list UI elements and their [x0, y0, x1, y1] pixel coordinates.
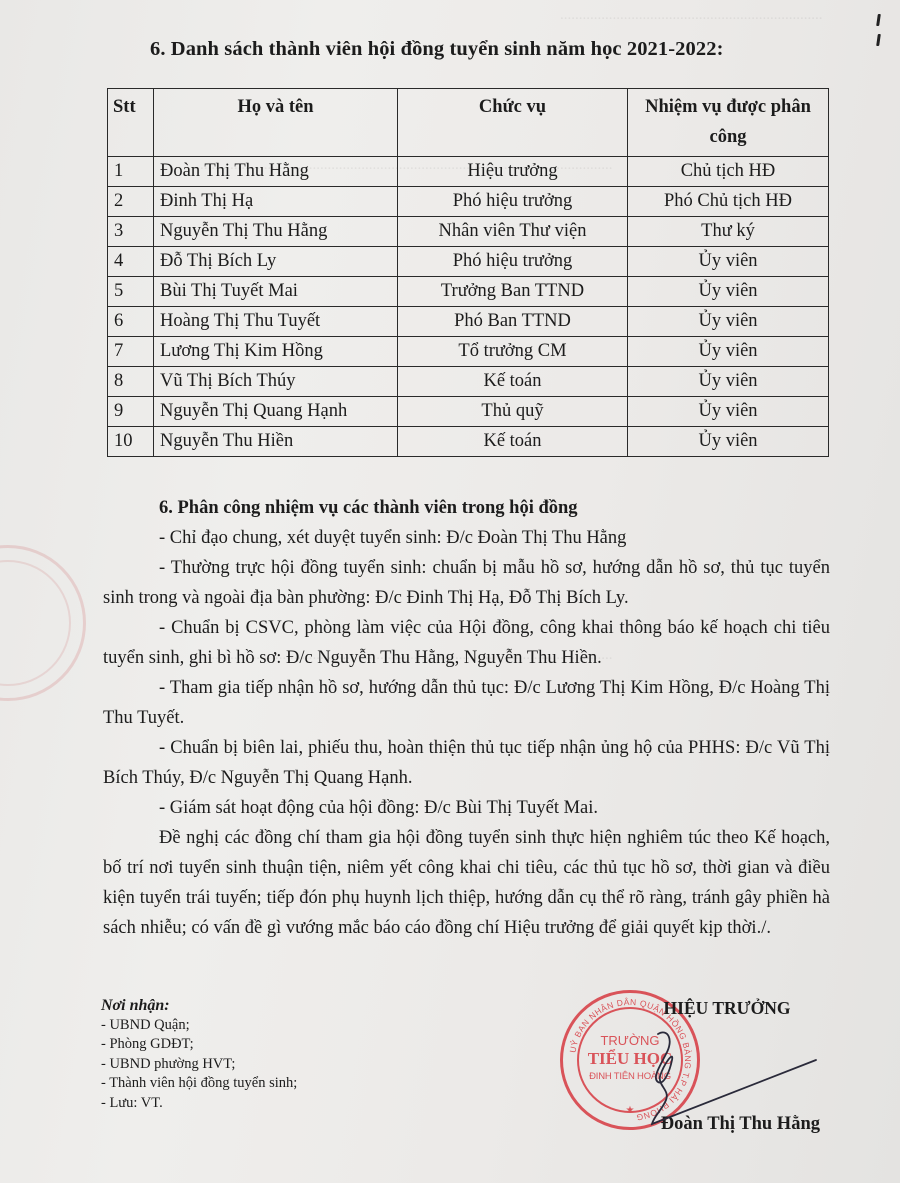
recipient-item: - UBND phường HVT;: [101, 1055, 297, 1075]
assignment-item: - Chỉ đạo chung, xét duyệt tuyển sinh: Đ…: [103, 523, 830, 553]
recipient-item: - Lưu: VT.: [101, 1094, 297, 1114]
cell-stt: 10: [108, 427, 154, 457]
handwritten-signature: [630, 1020, 830, 1130]
cell-position: Nhân viên Thư viện: [398, 217, 628, 247]
cell-duty: Ủy viên: [628, 277, 829, 307]
cell-name: Đinh Thị Hạ: [154, 187, 398, 217]
recipients-label: Nơi nhận:: [101, 996, 297, 1016]
recipient-item: - UBND Quận;: [101, 1016, 297, 1036]
table-row: 8Vũ Thị Bích ThúyKế toánỦy viên: [108, 367, 829, 397]
closing-paragraph: Đề nghị các đồng chí tham gia hội đồng t…: [103, 823, 830, 943]
header-position: Chức vụ: [398, 89, 628, 157]
assignments-heading: 6. Phân công nhiệm vụ các thành viên tro…: [103, 493, 830, 523]
signature-block: HIỆU TRƯỞNG Đoàn Thị Thu Hằng: [600, 998, 820, 1019]
signature-title: HIỆU TRƯỞNG: [634, 998, 820, 1019]
cell-stt: 3: [108, 217, 154, 247]
assignment-item: - Thường trực hội đồng tuyển sinh: chuẩn…: [103, 553, 830, 613]
table-row: 2Đinh Thị HạPhó hiệu trưởngPhó Chủ tịch …: [108, 187, 829, 217]
cell-stt: 2: [108, 187, 154, 217]
cell-position: Phó hiệu trưởng: [398, 187, 628, 217]
header-duty: Nhiệm vụ được phân công: [628, 89, 829, 157]
assignment-item: - Chuẩn bị biên lai, phiếu thu, hoàn thi…: [103, 733, 830, 793]
cell-duty: Ủy viên: [628, 427, 829, 457]
cell-position: Hiệu trưởng: [398, 157, 628, 187]
bleed-through-text: ........................................…: [560, 0, 823, 30]
recipient-item: - Thành viên hội đồng tuyển sinh;: [101, 1074, 297, 1094]
table-header-row: Stt Họ và tên Chức vụ Nhiệm vụ được phân…: [108, 89, 829, 157]
cell-duty: Ủy viên: [628, 397, 829, 427]
document-page: ........................................…: [0, 0, 900, 1183]
cell-stt: 6: [108, 307, 154, 337]
cell-position: Phó Ban TTND: [398, 307, 628, 337]
cell-stt: 1: [108, 157, 154, 187]
page-edge-mark: [877, 14, 881, 54]
cell-position: Kế toán: [398, 367, 628, 397]
cell-name: Đoàn Thị Thu Hằng: [154, 157, 398, 187]
cell-duty: Chủ tịch HĐ: [628, 157, 829, 187]
cell-stt: 9: [108, 397, 154, 427]
cell-position: Phó hiệu trưởng: [398, 247, 628, 277]
table-row: 10Nguyễn Thu HiềnKế toánỦy viên: [108, 427, 829, 457]
cell-name: Nguyễn Thu Hiền: [154, 427, 398, 457]
faded-stamp-imprint: [0, 545, 86, 701]
header-name: Họ và tên: [154, 89, 398, 157]
table-row: 9Nguyễn Thị Quang HạnhThủ quỹỦy viên: [108, 397, 829, 427]
cell-position: Tổ trưởng CM: [398, 337, 628, 367]
cell-duty: Phó Chủ tịch HĐ: [628, 187, 829, 217]
cell-duty: Thư ký: [628, 217, 829, 247]
cell-duty: Ủy viên: [628, 337, 829, 367]
recipients-block: Nơi nhận: - UBND Quận; - Phòng GDĐT; - U…: [101, 996, 297, 1113]
assignments-section: 6. Phân công nhiệm vụ các thành viên tro…: [103, 493, 830, 943]
cell-stt: 5: [108, 277, 154, 307]
section-title: 6. Danh sách thành viên hội đồng tuyển s…: [150, 38, 724, 61]
cell-name: Bùi Thị Tuyết Mai: [154, 277, 398, 307]
table-row: 5Bùi Thị Tuyết MaiTrưởng Ban TTNDỦy viên: [108, 277, 829, 307]
table-row: 6Hoàng Thị Thu TuyếtPhó Ban TTNDỦy viên: [108, 307, 829, 337]
assignment-item: - Giám sát hoạt động của hội đồng: Đ/c B…: [103, 793, 830, 823]
cell-name: Đỗ Thị Bích Ly: [154, 247, 398, 277]
table-row: 7Lương Thị Kim HồngTổ trưởng CMỦy viên: [108, 337, 829, 367]
cell-position: Trưởng Ban TTND: [398, 277, 628, 307]
table-row: 4Đỗ Thị Bích LyPhó hiệu trưởngỦy viên: [108, 247, 829, 277]
recipient-item: - Phòng GDĐT;: [101, 1035, 297, 1055]
cell-stt: 8: [108, 367, 154, 397]
cell-name: Nguyễn Thị Thu Hằng: [154, 217, 398, 247]
cell-duty: Ủy viên: [628, 307, 829, 337]
cell-stt: 7: [108, 337, 154, 367]
cell-position: Kế toán: [398, 427, 628, 457]
cell-name: Lương Thị Kim Hồng: [154, 337, 398, 367]
cell-duty: Ủy viên: [628, 367, 829, 397]
cell-stt: 4: [108, 247, 154, 277]
assignment-item: - Tham gia tiếp nhận hồ sơ, hướng dẫn th…: [103, 673, 830, 733]
table-row: 3Nguyễn Thị Thu HằngNhân viên Thư việnTh…: [108, 217, 829, 247]
header-stt: Stt: [108, 89, 154, 157]
cell-name: Hoàng Thị Thu Tuyết: [154, 307, 398, 337]
council-members-table: Stt Họ và tên Chức vụ Nhiệm vụ được phân…: [107, 88, 829, 457]
table-row: 1Đoàn Thị Thu HằngHiệu trưởngChủ tịch HĐ: [108, 157, 829, 187]
cell-position: Thủ quỹ: [398, 397, 628, 427]
assignment-item: - Chuẩn bị CSVC, phòng làm việc của Hội …: [103, 613, 830, 673]
cell-name: Vũ Thị Bích Thúy: [154, 367, 398, 397]
cell-duty: Ủy viên: [628, 247, 829, 277]
cell-name: Nguyễn Thị Quang Hạnh: [154, 397, 398, 427]
